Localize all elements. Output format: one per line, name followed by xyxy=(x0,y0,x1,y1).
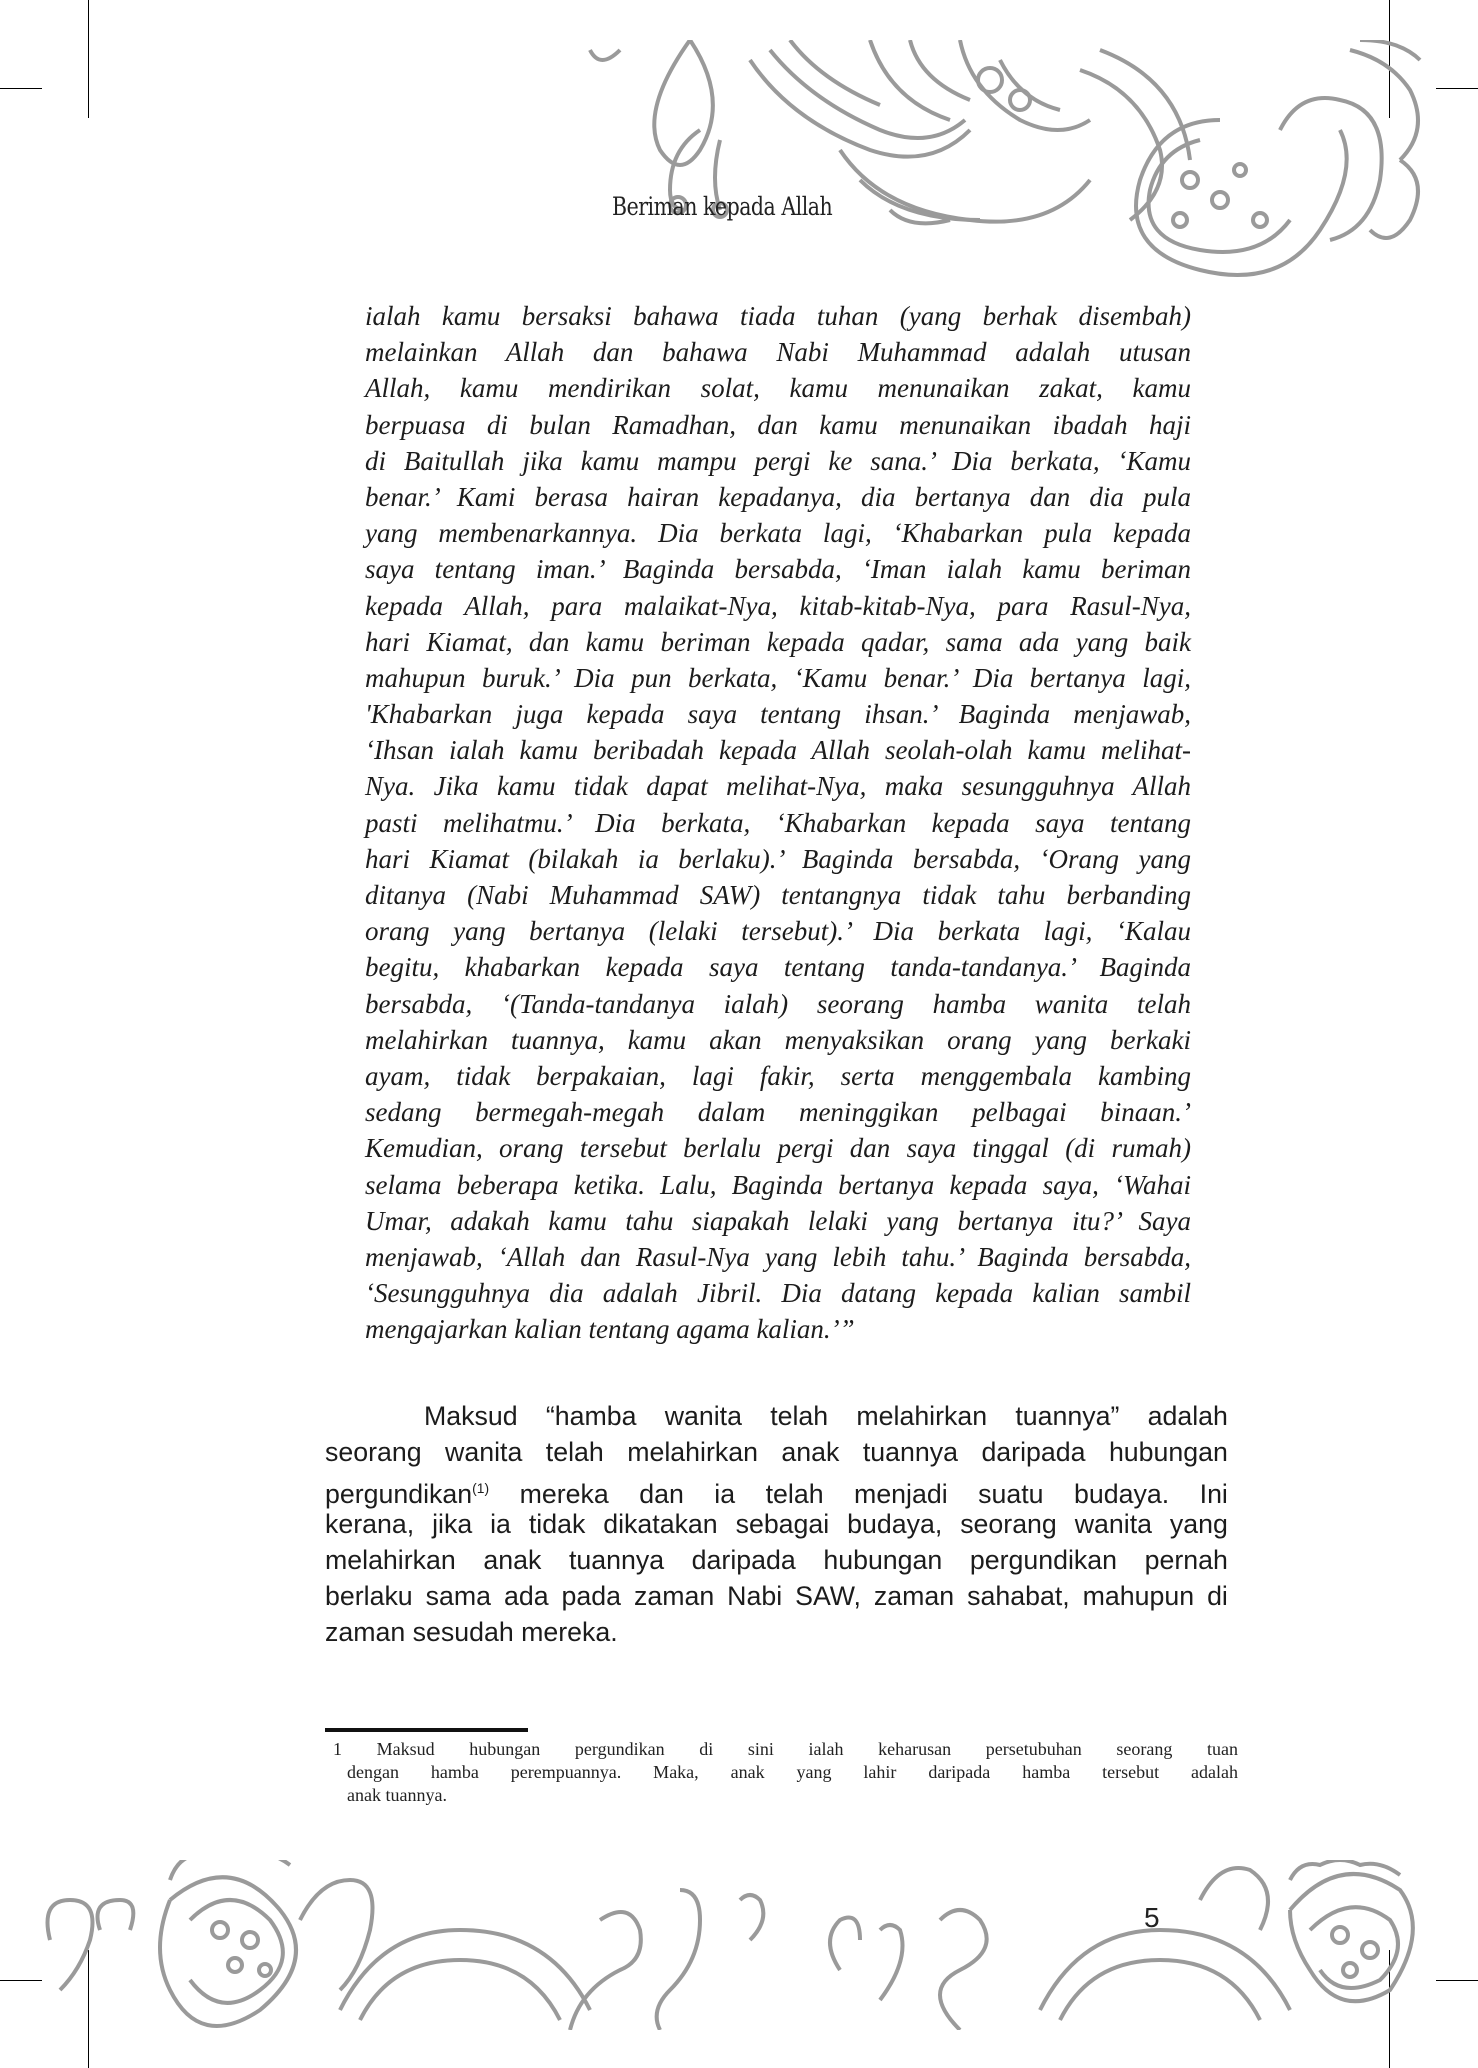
body-line: zaman sesudah mereka. xyxy=(325,1614,1228,1650)
footnote-line: anak tuannya. xyxy=(333,1784,1238,1807)
quote-line: ‘Ihsan ialah kamu beribadah kepada Allah… xyxy=(365,732,1191,768)
quote-line: yang membenarkannya. Dia berkata lagi, ‘… xyxy=(365,515,1191,551)
header-paisley-ornament-icon xyxy=(580,40,1440,280)
footnote-line: dengan hamba perempuannya. Maka, anak ya… xyxy=(333,1761,1238,1784)
quote-line: Nya. Jika kamu tidak dapat melihat-Nya, … xyxy=(365,768,1191,804)
body-text: pergundikan xyxy=(325,1479,472,1509)
quote-line: ditanya (Nabi Muhammad SAW) tentangnya t… xyxy=(365,877,1191,913)
quote-line: pasti melihatmu.’ Dia berkata, ‘Khabarka… xyxy=(365,805,1191,841)
quote-line: kepada Allah, para malaikat-Nya, kitab-k… xyxy=(365,588,1191,624)
footer-paisley-ornament-icon xyxy=(40,1860,1440,2030)
body-line: kerana, jika ia tidak dikatakan sebagai … xyxy=(325,1506,1228,1542)
body-text: mereka dan ia telah menjadi suatu budaya… xyxy=(489,1479,1228,1509)
body-line: Maksud “hamba wanita telah melahirkan tu… xyxy=(325,1398,1228,1434)
quote-line: 'Khabarkan juga kepada saya tentang ihsa… xyxy=(365,696,1191,732)
quote-line: berpuasa di bulan Ramadhan, dan kamu men… xyxy=(365,407,1191,443)
quote-line: ialah kamu bersaksi bahawa tiada tuhan (… xyxy=(365,298,1191,334)
quote-line: hari Kiamat (bilakah ia berlaku).’ Bagin… xyxy=(365,841,1191,877)
quote-line: di Baitullah jika kamu mampu pergi ke sa… xyxy=(365,443,1191,479)
body-line: berlaku sama ada pada zaman Nabi SAW, za… xyxy=(325,1578,1228,1614)
quote-line: Allah, kamu mendirikan solat, kamu menun… xyxy=(365,370,1191,406)
quote-line: orang yang bertanya (lelaki tersebut).’ … xyxy=(365,913,1191,949)
quote-line: bersabda, ‘(Tanda-tandanya ialah) seoran… xyxy=(365,986,1191,1022)
page-number: 5 xyxy=(1144,1902,1160,1934)
body-line: seorang wanita telah melahirkan anak tua… xyxy=(325,1434,1228,1470)
quote-line: melahirkan tuannya, kamu akan menyaksika… xyxy=(365,1022,1191,1058)
quote-line: mengajarkan kalian tentang agama kalian.… xyxy=(365,1311,1191,1347)
quote-line: benar.’ Kami berasa hairan kepadanya, di… xyxy=(365,479,1191,515)
quote-line: menjawab, ‘Allah dan Rasul-Nya yang lebi… xyxy=(365,1239,1191,1275)
quote-line: Kemudian, orang tersebut berlalu pergi d… xyxy=(365,1130,1191,1166)
explanation-paragraph: Maksud “hamba wanita telah melahirkan tu… xyxy=(325,1398,1237,1650)
quote-line: ayam, tidak berpakaian, lagi fakir, sert… xyxy=(365,1058,1191,1094)
quote-line: mahupun buruk.’ Dia pun berkata, ‘Kamu b… xyxy=(365,660,1191,696)
crop-mark-right-upper xyxy=(1436,88,1478,89)
footnote: 1 Maksud hubungan pergundikan di sini ia… xyxy=(333,1738,1238,1807)
quote-line: saya tentang iman.’ Baginda bersabda, ‘I… xyxy=(365,551,1191,587)
quote-line: melainkan Allah dan bahawa Nabi Muhammad… xyxy=(365,334,1191,370)
quote-line: Umar, adakah kamu tahu siapakah lelaki y… xyxy=(365,1203,1191,1239)
footnote-reference-link[interactable]: (1) xyxy=(472,1480,489,1496)
quote-line: ‘Sesungguhnya dia adalah Jibril. Dia dat… xyxy=(365,1275,1191,1311)
quote-line: selama beberapa ketika. Lalu, Baginda be… xyxy=(365,1167,1191,1203)
body-line: pergundikan(1) mereka dan ia telah menja… xyxy=(325,1470,1228,1506)
quote-line: begitu, khabarkan kepada saya tentang ta… xyxy=(365,949,1191,985)
crop-mark-left-upper xyxy=(0,88,42,89)
hadith-quote-block: ialah kamu bersaksi bahawa tiada tuhan (… xyxy=(365,298,1191,1347)
crop-mark-left-lower xyxy=(0,1980,42,1981)
running-head-title: Beriman kepada Allah xyxy=(612,192,832,221)
crop-mark-top-left xyxy=(88,0,89,118)
footnote-divider xyxy=(325,1728,528,1732)
body-line: melahirkan anak tuannya daripada hubunga… xyxy=(325,1542,1228,1578)
footnote-line: 1 Maksud hubungan pergundikan di sini ia… xyxy=(333,1738,1238,1761)
crop-mark-right-lower xyxy=(1436,1980,1478,1981)
quote-line: hari Kiamat, dan kamu beriman kepada qad… xyxy=(365,624,1191,660)
quote-line: sedang bermegah-megah dalam meninggikan … xyxy=(365,1094,1191,1130)
